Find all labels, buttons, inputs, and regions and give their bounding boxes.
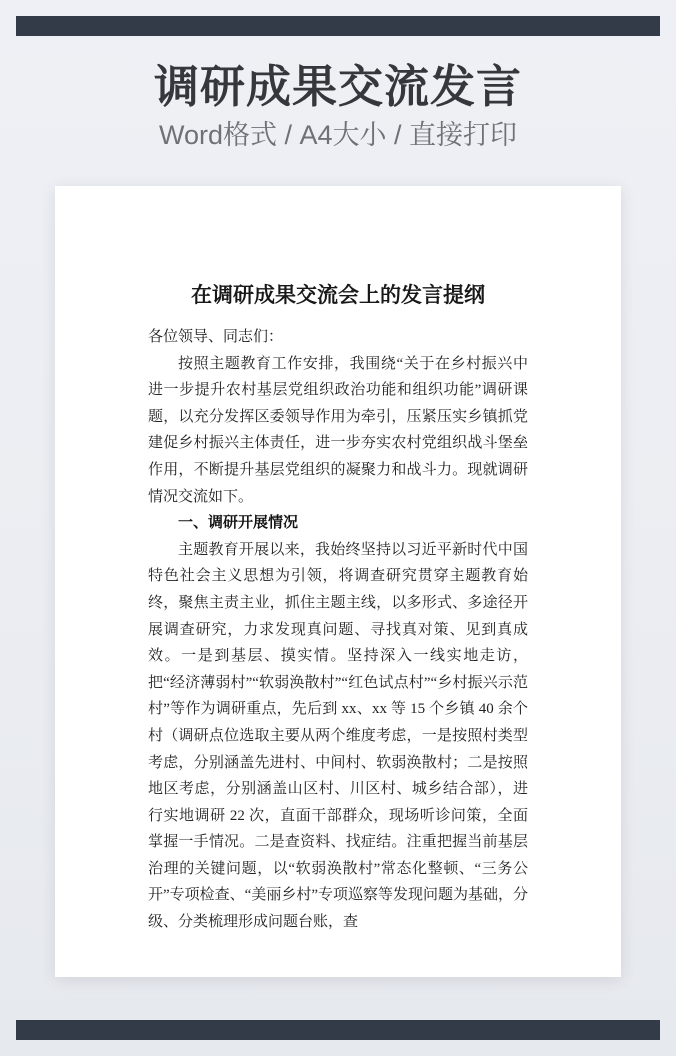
poster-header: 调研成果交流发言 Word格式 / A4大小 / 直接打印: [0, 62, 676, 151]
bottom-accent-bar: [16, 1020, 660, 1040]
document-page-preview: 在调研成果交流会上的发言提纲 各位领导、同志们： 按照主题教育工作安排，我围绕“…: [55, 186, 621, 977]
top-accent-bar: [16, 16, 660, 36]
document-section-heading: 一、调研开展情况: [148, 510, 528, 537]
document-paragraph: 主题教育开展以来，我始终坚持以习近平新时代中国特色社会主义思想为引领，将调查研究…: [148, 537, 528, 936]
document-body: 各位领导、同志们： 按照主题教育工作安排，我围绕“关于在乡村振兴中进一步提升农村…: [148, 324, 528, 936]
poster-subtitle: Word格式 / A4大小 / 直接打印: [0, 119, 676, 151]
document-greeting: 各位领导、同志们：: [148, 324, 528, 351]
document-title: 在调研成果交流会上的发言提纲: [148, 282, 528, 310]
template-preview-poster: 调研成果交流发言 Word格式 / A4大小 / 直接打印 在调研成果交流会上的…: [0, 0, 676, 1056]
poster-title: 调研成果交流发言: [0, 62, 676, 112]
document-paragraph: 按照主题教育工作安排，我围绕“关于在乡村振兴中进一步提升农村基层党组织政治功能和…: [148, 351, 528, 511]
